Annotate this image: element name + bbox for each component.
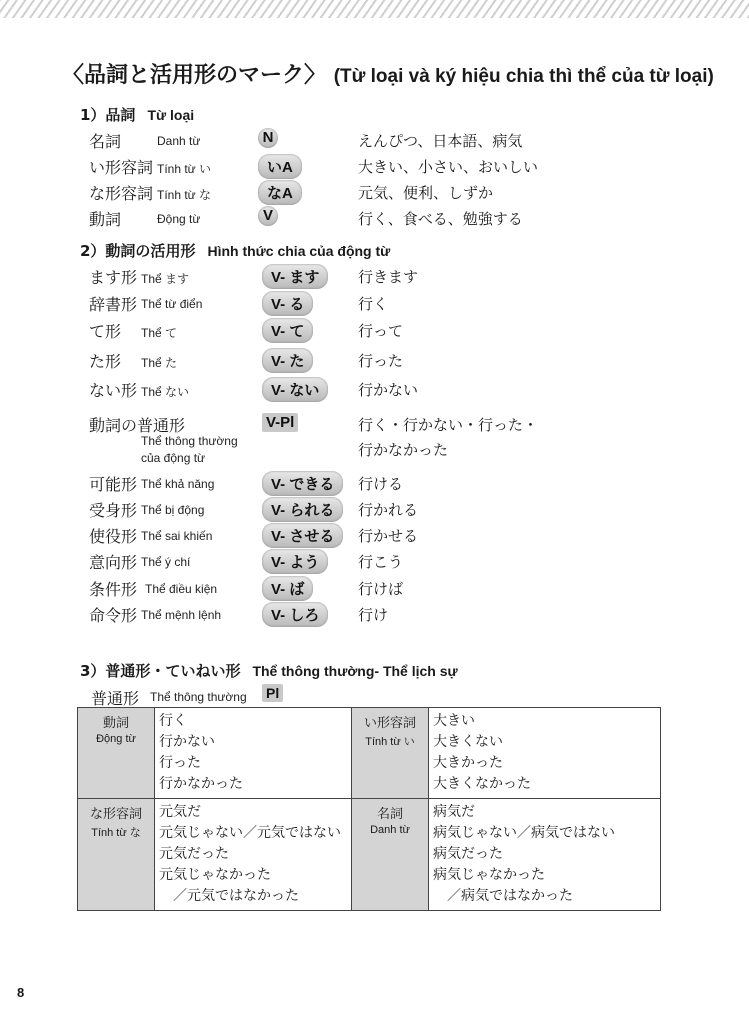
form-badge: V- る xyxy=(262,291,313,316)
form-jp: ます形 xyxy=(89,265,137,288)
form-vn: Thể điều kiện xyxy=(145,582,217,596)
table-row: な形容詞 Tính từ な 元気だ 元気じゃない／元気ではない 元気だった 元… xyxy=(78,799,661,911)
table-row: 動詞 Động từ 行く 行かない 行った 行かなかった い形容詞 Tính … xyxy=(78,708,661,799)
form-badge: V- よう xyxy=(262,549,328,574)
table-head-cell: 動詞 Động từ xyxy=(78,708,155,799)
form-jp: ない形 xyxy=(89,378,137,401)
section3-heading: 3）普通形・ていねい形Thể thông thường- Thể lịch sự xyxy=(80,660,458,681)
pos-jp: 動詞 xyxy=(89,207,121,230)
pos-jp: な形容詞 xyxy=(89,181,153,204)
table-body-cell: 行く 行かない 行った 行かなかった xyxy=(155,708,352,799)
form-example: 行かない xyxy=(358,379,418,400)
form-vn: Thể て xyxy=(141,324,177,341)
pos-jp: い形容詞 xyxy=(89,155,153,178)
form-example-line2: 行かなかった xyxy=(358,439,448,460)
header-stripe-decoration xyxy=(0,0,749,18)
plain-form-badge: Pl xyxy=(262,684,283,702)
form-vn: Thể た xyxy=(141,354,177,371)
form-vn-line2: của động từ xyxy=(141,451,205,465)
form-jp: 使役形 xyxy=(89,524,137,547)
form-jp: 可能形 xyxy=(89,472,137,495)
pos-jp: 名詞 xyxy=(89,129,121,152)
form-badge: V- ば xyxy=(262,576,313,601)
form-vn: Thể ない xyxy=(141,383,189,400)
form-jp: 条件形 xyxy=(89,577,137,600)
pos-vn: Tính từ い xyxy=(157,160,211,177)
form-vn: Thể ý chí xyxy=(141,555,190,569)
pos-examples: 大きい、小さい、おいしい xyxy=(358,156,538,177)
form-vn: Thể mệnh lệnh xyxy=(141,608,221,622)
form-jp: た形 xyxy=(89,349,121,372)
form-example: 行かせる xyxy=(358,525,418,546)
form-example: 行く xyxy=(358,293,388,314)
pos-examples: 行く、食べる、勉強する xyxy=(358,208,523,229)
form-example: 行けば xyxy=(358,578,403,599)
table-body-cell: 元気だ 元気じゃない／元気ではない 元気だった 元気じゃなかった ／元気ではなか… xyxy=(155,799,352,911)
table-body-cell: 大きい 大きくない 大きかった 大きくなかった xyxy=(429,708,661,799)
form-badge: V- しろ xyxy=(262,602,328,627)
pos-badge: V xyxy=(258,206,278,226)
pos-examples: 元気、便利、しずか xyxy=(358,182,493,203)
title-jp: 〈品詞と活用形のマーク〉 xyxy=(62,63,326,88)
form-badge: V- ます xyxy=(262,264,328,289)
form-example: 行って xyxy=(358,320,403,341)
form-badge: V- られる xyxy=(262,497,343,522)
form-example: 行った xyxy=(358,350,403,371)
form-jp: て形 xyxy=(89,319,121,342)
form-badge: V-Pl xyxy=(262,413,298,432)
pos-badge: N xyxy=(258,128,278,148)
form-jp: 意向形 xyxy=(89,550,137,573)
form-vn: Thể sai khiến xyxy=(141,529,212,543)
form-badge: V- できる xyxy=(262,471,343,496)
form-jp: 受身形 xyxy=(89,498,137,521)
form-example: 行かれる xyxy=(358,499,418,520)
pos-examples: えんぴつ、日本語、病気 xyxy=(358,130,522,151)
table-head-cell: い形容詞 Tính từ い xyxy=(352,708,429,799)
pos-vn: Tính từ な xyxy=(157,186,211,203)
page-title: 〈品詞と活用形のマーク〉 (Từ loại và ký hiệu chia th… xyxy=(62,58,714,89)
form-example: 行く・行かない・行った・ xyxy=(358,414,538,435)
form-example: 行け xyxy=(358,604,388,625)
pos-vn: Danh từ xyxy=(157,134,200,148)
form-badge: V- た xyxy=(262,348,313,373)
form-example: 行きます xyxy=(358,266,418,287)
table-body-cell: 病気だ 病気じゃない／病気ではない 病気だった 病気じゃなかった ／病気ではなか… xyxy=(429,799,661,911)
form-example: 行ける xyxy=(358,473,403,494)
section1-heading: 1）品詞Từ loại xyxy=(80,104,194,125)
form-example: 行こう xyxy=(358,551,403,572)
form-vn: Thể ます xyxy=(141,270,189,287)
form-badge: V- て xyxy=(262,318,313,343)
form-jp: 辞書形 xyxy=(89,292,137,315)
pos-vn: Động từ xyxy=(157,212,200,226)
plain-form-vn: Thể thông thường xyxy=(150,690,247,704)
form-vn: Thể bị động xyxy=(141,503,204,517)
pos-badge: いA xyxy=(258,154,302,179)
form-badge: V- ない xyxy=(262,377,328,402)
page-number: 8 xyxy=(17,985,24,1000)
plain-form-jp: 普通形 xyxy=(91,686,139,709)
table-head-cell: な形容詞 Tính từ な xyxy=(78,799,155,911)
form-jp: 動詞の普通形 xyxy=(89,413,185,436)
section2-heading: 2）動詞の活用形Hình thức chia của động từ xyxy=(80,240,390,261)
form-vn: Thể thông thường xyxy=(141,434,238,448)
form-jp: 命令形 xyxy=(89,603,137,626)
pos-badge: なA xyxy=(258,180,302,205)
form-vn: Thể khả năng xyxy=(141,477,214,491)
form-badge: V- させる xyxy=(262,523,343,548)
plain-form-table: 動詞 Động từ 行く 行かない 行った 行かなかった い形容詞 Tính … xyxy=(77,707,661,911)
title-vi: (Từ loại và ký hiệu chia thì thể của từ … xyxy=(334,66,714,87)
form-vn: Thể từ điển xyxy=(141,297,202,311)
table-head-cell: 名詞 Danh từ xyxy=(352,799,429,911)
